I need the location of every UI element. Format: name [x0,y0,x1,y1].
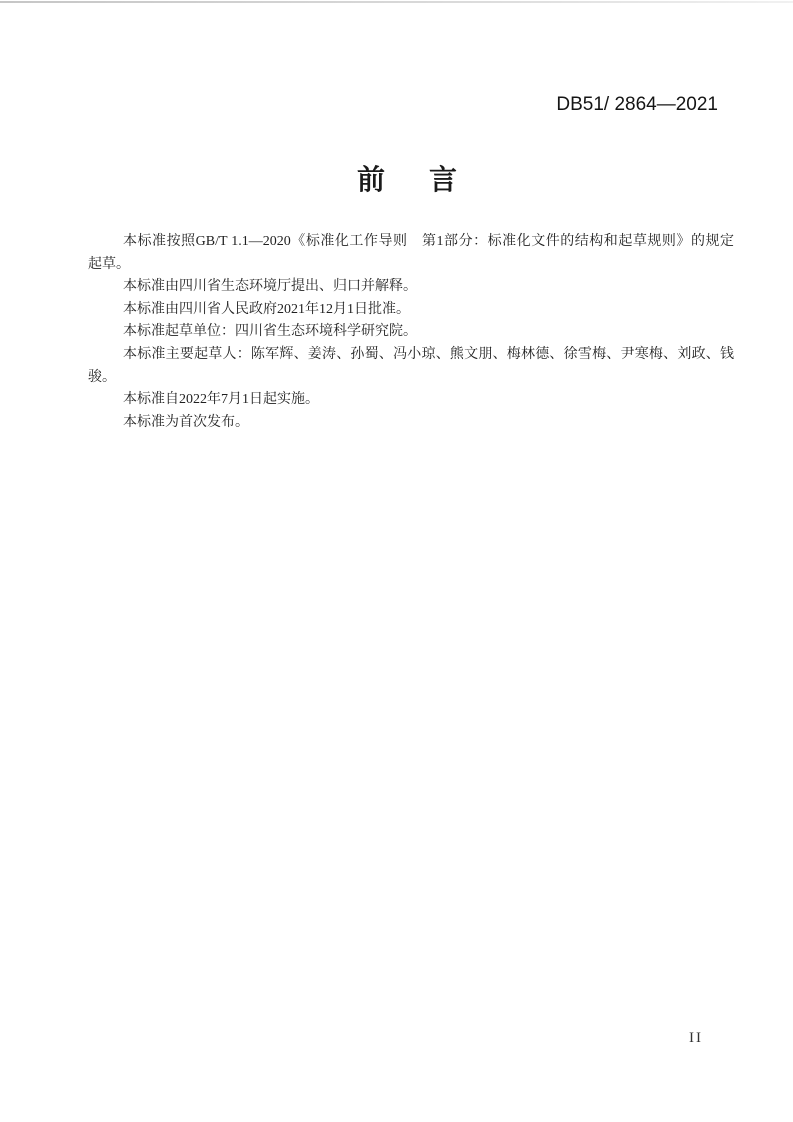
foreword-line: 本标准自2022年7月1日起实施。 [88,389,734,412]
foreword-line: 起草。 [88,254,734,277]
scan-edge-line [0,1,793,3]
foreword-line: 骏。 [88,367,734,390]
foreword-body: 本标准按照GB/T 1.1—2020《标准化工作导则 第1部分：标准化文件的结构… [88,231,734,434]
foreword-line: 本标准按照GB/T 1.1—2020《标准化工作导则 第1部分：标准化文件的结构… [88,231,734,254]
foreword-line: 本标准由四川省人民政府2021年12月1日批准。 [88,299,734,322]
foreword-line: 本标准起草单位：四川省生态环境科学研究院。 [88,321,734,344]
foreword-line: 本标准主要起草人：陈军辉、姜涛、孙蜀、冯小琼、熊文朋、梅林德、徐雪梅、尹寒梅、刘… [88,344,734,367]
foreword-line: 本标准为首次发布。 [88,412,734,435]
page-number: II [689,1030,703,1047]
document-page: DB51/ 2864—2021 前 言 本标准按照GB/T 1.1—2020《标… [0,0,793,1122]
foreword-line: 本标准由四川省生态环境厅提出、归口并解释。 [88,276,734,299]
foreword-title: 前 言 [88,158,734,198]
standard-code-header: DB51/ 2864—2021 [556,94,718,116]
